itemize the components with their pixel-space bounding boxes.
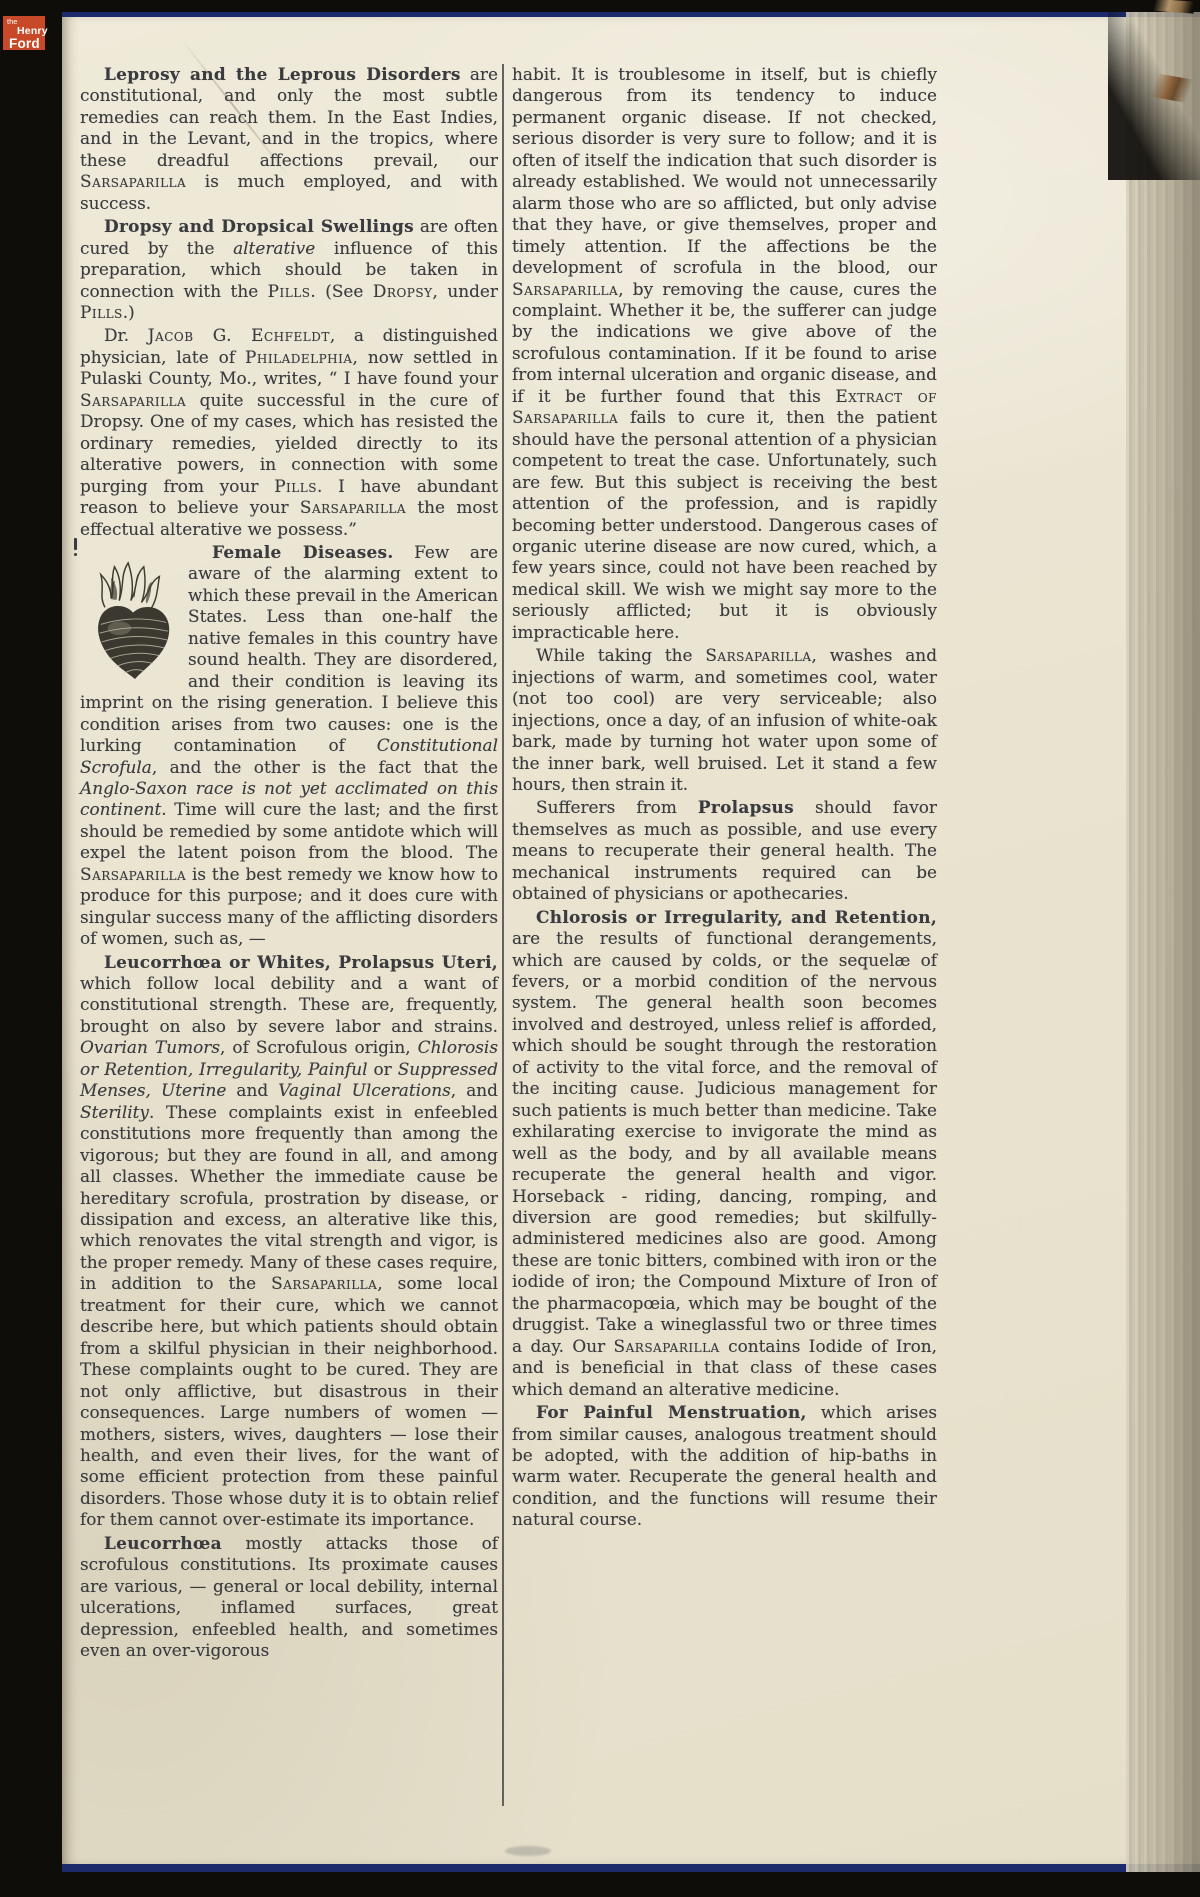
- text-segment: , of Scrofulous origin,: [220, 1037, 418, 1057]
- paragraph-while-taking: While taking the Sarsaparilla, washes an…: [512, 645, 937, 795]
- text-segment: Pills: [80, 302, 123, 322]
- text-segment: Dr.: [104, 325, 148, 345]
- paragraph-habit-continuation: habit. It is troublesome in itself, but …: [512, 64, 937, 643]
- text-segment: alterative: [233, 238, 315, 258]
- text-segment: Sarsaparilla: [80, 171, 186, 191]
- text-segment: Vaginal Ulcerations: [278, 1080, 451, 1100]
- henry-ford-logo: the Henry Ford: [3, 16, 45, 50]
- text-segment: While taking the: [536, 645, 705, 665]
- text-segment: Female Diseases.: [212, 542, 394, 562]
- scanned-document-photo: { "source_badge": { "the": "the", "henry…: [0, 0, 1200, 1897]
- text-segment: Dropsy and Dropsical Swellings: [104, 216, 414, 236]
- text-segment: Sarsaparilla: [512, 279, 618, 299]
- text-segment: Pills: [274, 476, 317, 496]
- paragraph-chlorosis: Chlorosis or Irregularity, and Retention…: [512, 907, 937, 1400]
- henry-ford-logo-ford: Ford: [9, 37, 45, 51]
- text-segment: Chlorosis or Irregularity, and Retention…: [536, 907, 937, 927]
- text-segment: Leucorrhœa: [104, 1533, 222, 1553]
- text-segment: . (See: [310, 281, 372, 301]
- text-segment: Jacob G. Echfeldt: [148, 325, 330, 345]
- text-segment: or: [368, 1059, 398, 1079]
- text-segment: Philadelphia: [245, 347, 353, 367]
- paper-smudge: [505, 1846, 551, 1856]
- henry-ford-logo-henry: Henry: [17, 26, 45, 37]
- flaming-heart-icon: [90, 558, 178, 680]
- text-segment: , and: [451, 1080, 498, 1100]
- text-segment: habit. It is troublesome in itself, but …: [512, 64, 937, 277]
- text-segment: Sarsaparilla: [80, 864, 186, 884]
- text-segment: .): [123, 302, 135, 322]
- paragraph-leucorrhoea-whites: Leucorrhœa or Whites, Prolapsus Uteri, w…: [80, 952, 498, 1531]
- text-segment: Dropsy: [373, 281, 433, 301]
- text-segment: Leucorrhœa or Whites, Prolapsus Uteri,: [104, 952, 498, 972]
- paragraph-leucorrhoea-mostly: Leucorrhœa mostly attacks those of scrof…: [80, 1533, 498, 1662]
- paragraph-female-diseases: Female Diseases. Few are aware of the al…: [80, 542, 498, 950]
- text-segment: For Painful Menstruation,: [536, 1402, 807, 1422]
- paragraph-painful-menstruation: For Painful Menstruation, which arises f…: [512, 1402, 937, 1531]
- text-segment: Leprosy and the Leprous Disorders: [104, 64, 461, 84]
- column-rule: [502, 64, 504, 1806]
- text-segment: which follow local debility and a want o…: [80, 973, 498, 1036]
- text-segment: Ovarian Tumors: [80, 1037, 220, 1057]
- paragraph-prolapsus: Sufferers from Prolapsus should favor th…: [512, 797, 937, 904]
- text-segment: Sarsaparilla: [300, 497, 406, 517]
- text-segment: Prolapsus: [698, 797, 794, 817]
- text-segment: , and the other is the fact that the: [152, 757, 498, 777]
- paragraph-echfeldt-testimonial: Dr. Jacob G. Echfeldt, a distinguished p…: [80, 325, 498, 540]
- text-segment: Sufferers from: [536, 797, 698, 817]
- flaming-heart-illustration: [80, 544, 186, 676]
- text-segment: Pills: [268, 281, 311, 301]
- text-segment: Sarsaparilla: [705, 645, 811, 665]
- text-segment: Sterility: [80, 1102, 149, 1122]
- text-segment: are the results of functional derangemen…: [512, 928, 937, 1356]
- text-segment: and: [226, 1080, 278, 1100]
- text-segment: Sarsaparilla: [614, 1336, 720, 1356]
- paragraph-leprosy: Leprosy and the Leprous Disorders are co…: [80, 64, 498, 214]
- left-column: Leprosy and the Leprous Disorders are co…: [80, 64, 498, 1664]
- right-column: habit. It is troublesome in itself, but …: [512, 64, 937, 1533]
- text-segment: , washes and injections of warm, and som…: [512, 645, 937, 794]
- text-segment: . These complaints exist in enfeebled co…: [80, 1102, 498, 1294]
- book-fore-edge: [1126, 12, 1200, 1872]
- text-segment: Sarsaparilla: [271, 1273, 377, 1293]
- text-segment: , some local treatment for their cure, w…: [80, 1273, 498, 1529]
- text-segment: Sarsaparilla: [80, 390, 186, 410]
- text-segment: fails to cure it, then the patient shoul…: [512, 407, 937, 642]
- text-segment: , under: [433, 281, 498, 301]
- stray-ink-mark: [74, 538, 77, 550]
- paragraph-dropsy: Dropsy and Dropsical Swellings are often…: [80, 216, 498, 323]
